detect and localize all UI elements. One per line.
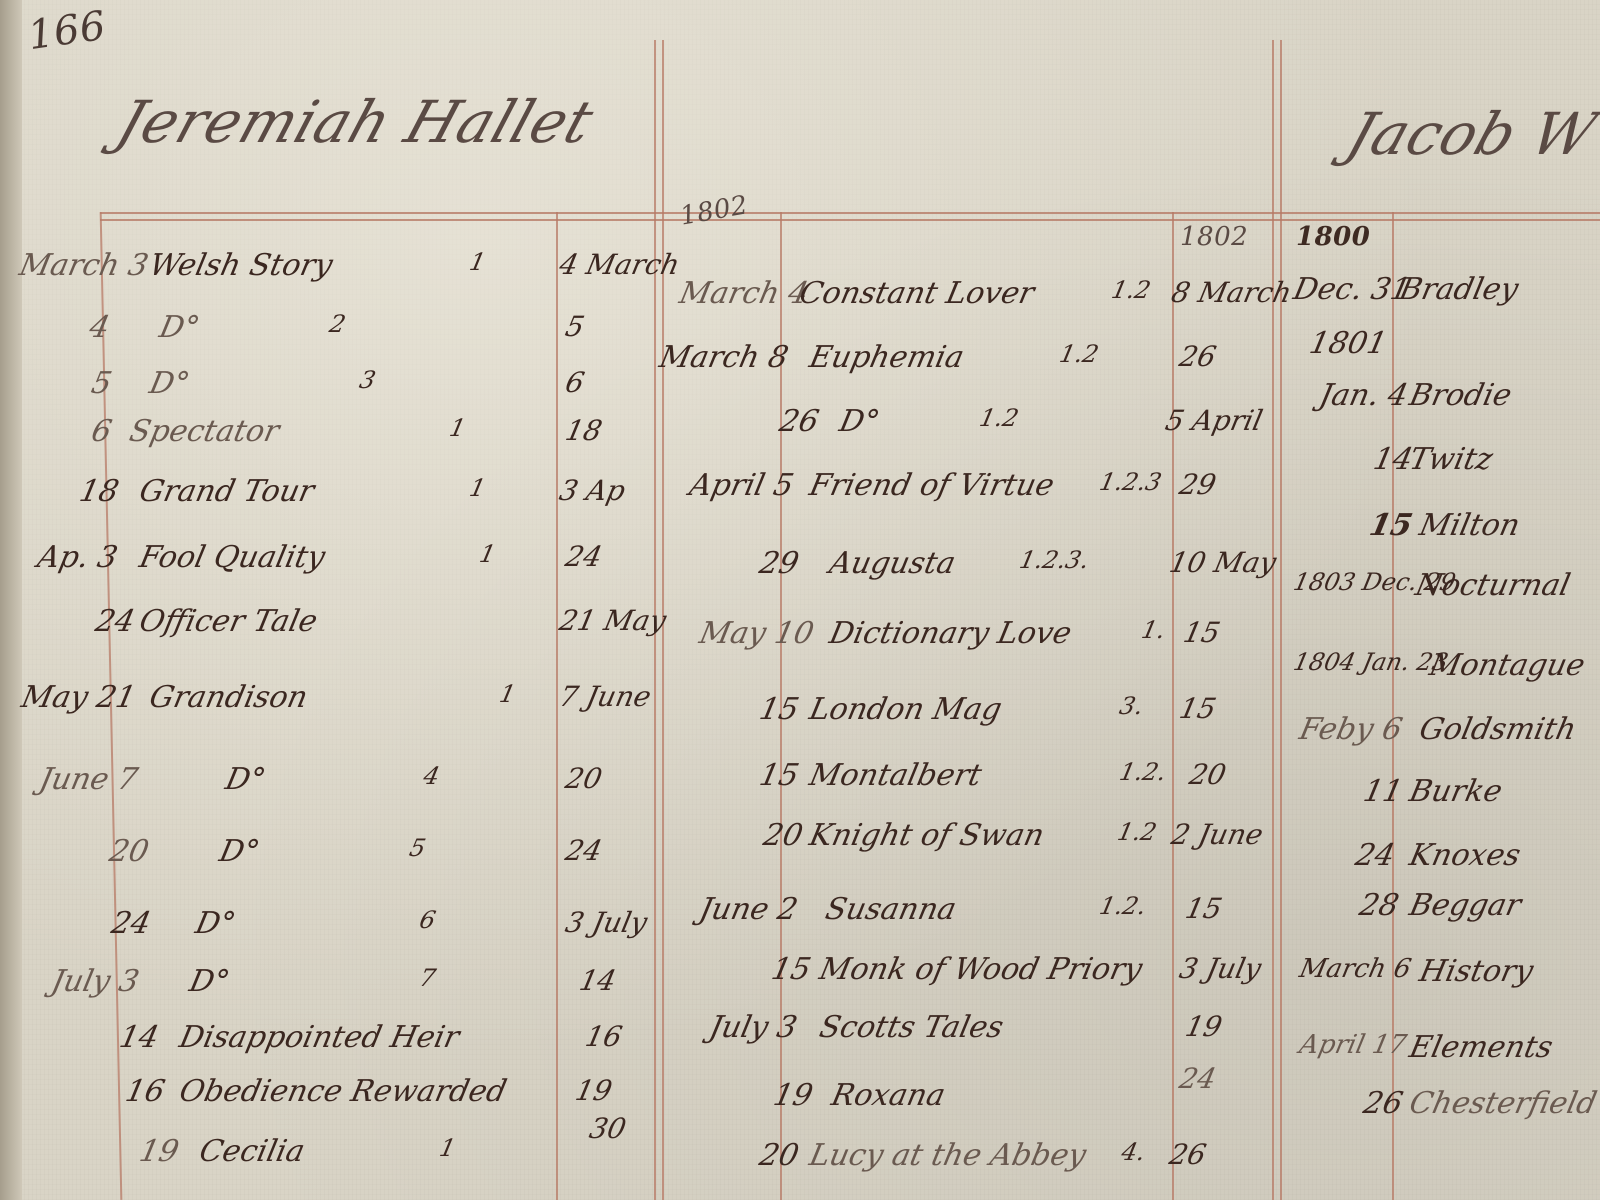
entry-title: Euphemia <box>806 340 967 375</box>
entry-date: March 6 <box>1297 954 1414 984</box>
entry-returned: 18 <box>562 414 605 447</box>
entry-title: Elements <box>1406 1030 1556 1065</box>
entry-returned: 8 March <box>1168 276 1294 309</box>
ledger-row: 28 Beggar <box>1280 888 1600 944</box>
entry-returned: 26 <box>1176 340 1219 373</box>
ledger-row: July 3 Scotts Tales 19 <box>660 1010 1280 1066</box>
entry-date: 29 <box>756 546 802 581</box>
ledger-row: 24 D° 6 3 July <box>0 906 660 962</box>
entry-date: 11 <box>1360 774 1406 809</box>
entry-date: 15 <box>1366 508 1415 543</box>
entry-date: July 3 <box>706 1010 800 1045</box>
entry-volumes: 4 <box>421 762 442 790</box>
entry-title: Disappointed Heir <box>176 1020 462 1055</box>
ledger-row: 14 Twitz <box>1280 442 1600 498</box>
entry-returned: 15 <box>1182 892 1225 925</box>
entry-title: Goldsmith <box>1416 712 1579 747</box>
entry-date: 19 <box>136 1134 182 1169</box>
entry-returned: 15 <box>1180 616 1223 649</box>
entry-returned: 3 Ap <box>556 474 628 507</box>
ledger-row: Ap. 3 Fool Quality 1 24 <box>0 540 660 596</box>
entry-returned: 30 <box>586 1112 629 1145</box>
entry-title: Scotts Tales <box>816 1010 1006 1045</box>
entry-date: 18 <box>76 474 122 509</box>
entry-volumes: 1.2 <box>1115 818 1159 846</box>
entry-title: D° <box>222 762 269 797</box>
entry-date: 24 <box>92 604 138 639</box>
entry-date: 16 <box>122 1074 168 1109</box>
ledger-row: 26 Chesterfield <box>1280 1086 1600 1142</box>
ledger-row: April 5 Friend of Virtue 1.2.3 29 <box>660 468 1280 524</box>
entry-title: London Mag <box>806 692 1005 727</box>
ledger-row: March 4 Constant Lover 1.2 8 March <box>660 276 1280 332</box>
entry-returned: 16 <box>582 1020 625 1053</box>
entry-volumes: 1.2 <box>1109 276 1153 304</box>
entry-returned: 10 May <box>1166 546 1279 579</box>
entry-title: D° <box>192 906 239 941</box>
right-account-entries: Dec. 31 Bradley 1801 Jan. 4 Brodie 14 Tw… <box>1280 0 1600 1200</box>
entry-date: April 5 <box>686 468 796 503</box>
entry-returned: 3 July <box>1176 952 1264 985</box>
entry-volumes: 1. <box>1139 616 1168 644</box>
entry-date: 28 <box>1356 888 1402 923</box>
entry-title: Welsh Story <box>146 248 335 283</box>
entry-volumes: 3. <box>1117 692 1146 720</box>
entry-title: Grand Tour <box>136 474 317 509</box>
entry-date: 15 <box>768 952 814 987</box>
entry-title: Brodie <box>1406 378 1514 413</box>
entry-returned: 14 <box>576 964 619 997</box>
ledger-row: June 7 D° 4 20 <box>0 762 660 818</box>
ledger-row: March 6 History <box>1280 954 1600 1010</box>
entry-title: D° <box>146 366 193 401</box>
entry-volumes: 6 <box>417 906 438 934</box>
left-account-name: Jeremiah Hallet <box>109 88 602 156</box>
ledger-row: 1801 <box>1280 326 1600 382</box>
entry-date: May 10 <box>696 616 817 651</box>
ledger-row: 14 Disappointed Heir 16 <box>0 1020 660 1076</box>
entry-date: 20 <box>106 834 152 869</box>
ledger-row: 15 Milton <box>1280 508 1600 564</box>
entry-returned: 5 <box>562 310 587 343</box>
entry-returned: 20 <box>562 762 605 795</box>
entry-volumes: 2 <box>327 310 348 338</box>
ledger-row: 15 Montalbert 1.2. 20 <box>660 758 1280 814</box>
entry-volumes: 1.2.3. <box>1017 546 1092 574</box>
entry-volumes: 1 <box>447 414 468 442</box>
entry-date: Feby 6 <box>1296 712 1405 747</box>
entry-returned: 5 April <box>1162 404 1265 437</box>
entry-title: Chesterfield <box>1406 1086 1600 1121</box>
entry-title: Dictionary Love <box>826 616 1074 651</box>
entry-title: Monk of Wood Priory <box>816 952 1145 987</box>
entry-date: 26 <box>1360 1086 1406 1121</box>
entry-date: 4 <box>86 310 113 345</box>
entry-date: 1804 Jan. 23 <box>1291 648 1451 676</box>
entry-title: Augusta <box>826 546 958 581</box>
ledger-row: 19 Cecilia 1 30 <box>0 1134 660 1190</box>
entry-volumes: 3 <box>357 366 378 394</box>
entry-returned: 26 <box>1166 1138 1209 1171</box>
entry-returned: 24 <box>562 834 605 867</box>
ledger-row: 20 Lucy at the Abbey 4. 26 <box>660 1138 1280 1194</box>
entry-title: Susanna <box>822 892 959 927</box>
entry-volumes: 7 <box>417 964 438 992</box>
ledger-page: 166 Jeremiah Hallet Jacob W 1802 1802 18… <box>0 0 1600 1200</box>
entry-volumes: 1 <box>467 248 488 276</box>
entry-returned: 19 <box>572 1074 615 1107</box>
entry-date: April 17 <box>1297 1030 1409 1060</box>
entry-returned: 15 <box>1176 692 1219 725</box>
entry-title: Bradley <box>1396 272 1521 307</box>
entry-volumes: 1 <box>437 1134 458 1162</box>
entry-date: 20 <box>756 1138 802 1173</box>
ledger-row: 19 Roxana 24 <box>660 1078 1280 1134</box>
ledger-row: March 8 Euphemia 1.2 26 <box>660 340 1280 396</box>
ledger-row: 11 Burke <box>1280 774 1600 830</box>
ledger-row: 4 D° 2 5 <box>0 310 660 366</box>
entry-title: Lucy at the Abbey <box>806 1138 1089 1173</box>
entry-title: Cecilia <box>196 1134 308 1169</box>
entry-returned: 20 <box>1186 758 1229 791</box>
entry-date: May 21 <box>18 680 139 715</box>
entry-date: June 2 <box>696 892 800 927</box>
entry-returned: 7 June <box>556 680 654 713</box>
ledger-row: 20 D° 5 24 <box>0 834 660 890</box>
entry-title: D° <box>156 310 203 345</box>
entry-title: Obedience Rewarded <box>176 1074 509 1109</box>
entry-date: 24 <box>108 906 154 941</box>
entry-title: Fool Quality <box>136 540 328 575</box>
entry-date: 24 <box>1352 838 1398 873</box>
entry-returned: 24 <box>1176 1062 1219 1095</box>
entry-date: 14 <box>116 1020 162 1055</box>
ledger-row: Jan. 4 Brodie <box>1280 378 1600 434</box>
ledger-row: 16 Obedience Rewarded 19 <box>0 1074 660 1130</box>
entry-date: 5 <box>88 366 115 401</box>
ledger-row: 1803 Dec. 29 Nocturnal <box>1280 568 1600 624</box>
section-2-return-year: 1802 <box>1180 222 1248 252</box>
entry-title: Constant Lover <box>796 276 1037 311</box>
ledger-row: April 17 Elements <box>1280 1030 1600 1086</box>
ledger-row: 26 D° 1.2 5 April <box>660 404 1280 460</box>
entry-title: Spectator <box>126 414 282 449</box>
entry-date: June 7 <box>36 762 140 797</box>
entry-returned: 21 May <box>556 604 669 637</box>
entry-returned: 24 <box>562 540 605 573</box>
entry-date: March 4 <box>676 276 811 311</box>
entry-volumes: 4. <box>1119 1138 1148 1166</box>
ledger-row: May 21 Grandison 1 7 June <box>0 680 660 736</box>
ledger-row: 1804 Jan. 23 Montague <box>1280 648 1600 704</box>
entry-date: Jan. 4 <box>1316 378 1411 413</box>
entry-date: Dec. 31 <box>1290 272 1413 307</box>
ledger-row: 20 Knight of Swan 1.2 2 June <box>660 818 1280 874</box>
entry-title: D° <box>186 964 233 999</box>
ledger-row: June 2 Susanna 1.2. 15 <box>660 892 1280 948</box>
ledger-row: 15 London Mag 3. 15 <box>660 692 1280 748</box>
entry-returned: 3 July <box>562 906 650 939</box>
entry-date: 1801 <box>1306 326 1390 361</box>
ledger-row: 6 Spectator 1 18 <box>0 414 660 470</box>
entry-returned: 6 <box>562 366 587 399</box>
entry-title: Montalbert <box>806 758 984 793</box>
entry-date: 19 <box>770 1078 816 1113</box>
ledger-row: 15 Monk of Wood Priory 3 July <box>660 952 1280 1008</box>
entry-title: Twitz <box>1406 442 1496 477</box>
ledger-row: May 10 Dictionary Love 1. 15 <box>660 616 1280 672</box>
ledger-row: 29 Augusta 1.2.3. 10 May <box>660 546 1280 602</box>
entry-returned: 19 <box>1182 1010 1225 1043</box>
entry-date: March 3 <box>16 248 151 283</box>
ledger-row: 24 Officer Tale 21 May <box>0 604 660 660</box>
ledger-row: July 3 D° 7 14 <box>0 964 660 1020</box>
entry-title: Burke <box>1406 774 1505 809</box>
ledger-row: 24 Knoxes <box>1280 838 1600 894</box>
entry-title: D° <box>836 404 883 439</box>
ledger-row: Feby 6 Goldsmith <box>1280 712 1600 768</box>
entry-title: History <box>1416 954 1536 989</box>
ledger-row: Dec. 31 Bradley <box>1280 272 1600 328</box>
section-2-year: 1802 <box>678 190 750 231</box>
entry-volumes: 1.2. <box>1117 758 1169 786</box>
entry-date: 26 <box>776 404 822 439</box>
entry-date: 6 <box>88 414 115 449</box>
entry-date: 15 <box>756 692 802 727</box>
entry-title: Knight of Swan <box>806 818 1047 853</box>
entry-volumes: 1 <box>467 474 488 502</box>
entry-volumes: 1.2.3 <box>1097 468 1164 496</box>
entry-volumes: 5 <box>407 834 428 862</box>
entry-title: D° <box>216 834 263 869</box>
entry-title: Roxana <box>828 1078 948 1113</box>
entry-title: Grandison <box>146 680 311 715</box>
entry-title: Knoxes <box>1406 838 1523 873</box>
entry-volumes: 1.2. <box>1097 892 1149 920</box>
entry-title: Milton <box>1416 508 1523 543</box>
entry-title: Beggar <box>1406 888 1524 923</box>
entry-date: July 3 <box>48 964 142 999</box>
entry-volumes: 1 <box>477 540 498 568</box>
entry-returned: 29 <box>1176 468 1219 501</box>
entry-date: March 8 <box>656 340 791 375</box>
entry-volumes: 1 <box>497 680 518 708</box>
entry-title: Montague <box>1426 648 1588 683</box>
entry-title: Friend of Virtue <box>806 468 1057 503</box>
entry-date: 15 <box>756 758 802 793</box>
ledger-row: March 3 Welsh Story 1 4 March <box>0 248 660 304</box>
ledger-row: 18 Grand Tour 1 3 Ap <box>0 474 660 530</box>
entry-date: Ap. 3 <box>34 540 120 575</box>
entry-title: Nocturnal <box>1412 568 1573 603</box>
entry-title: Officer Tale <box>136 604 320 639</box>
entry-volumes: 1.2 <box>977 404 1021 432</box>
entry-returned: 2 June <box>1168 818 1266 851</box>
entry-date: 20 <box>760 818 806 853</box>
entry-volumes: 1.2 <box>1057 340 1101 368</box>
page-number: 166 <box>25 3 109 59</box>
